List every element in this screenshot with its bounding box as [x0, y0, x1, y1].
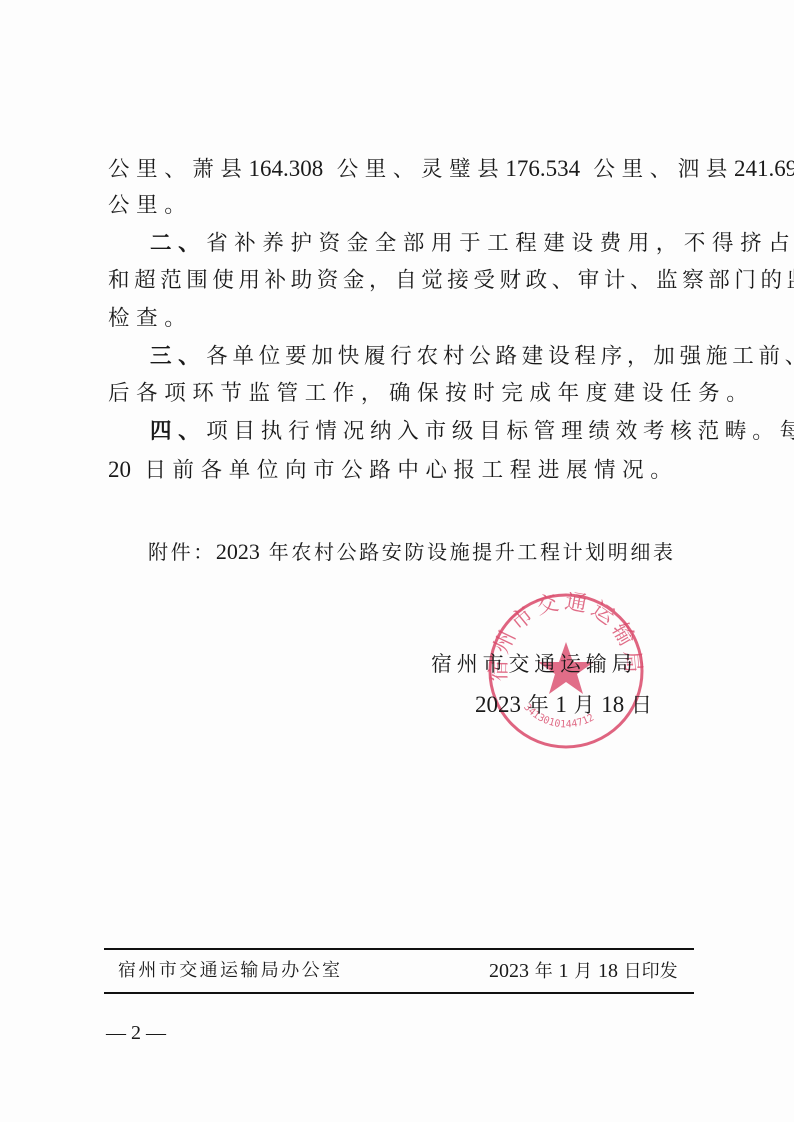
paragraph-heading: 二、 — [150, 231, 206, 256]
month-suffix: 月 — [574, 693, 595, 717]
issue-year: 2023 — [489, 960, 529, 982]
issue-year-suffix: 年 — [535, 961, 553, 982]
attachment-title: 年农村公路安防设施提升工程计划明细表 — [269, 540, 676, 564]
signature-date-day: 18 — [601, 692, 624, 717]
year-suffix: 年 — [528, 693, 549, 717]
text-segment: 公里。 — [108, 193, 192, 218]
day-suffix: 日 — [631, 693, 652, 717]
mileage-lingbi-county: 176.534 — [505, 156, 580, 181]
attachment-year: 2023 — [216, 539, 260, 564]
paragraph-text: 项目执行情况纳入市级目标管理绩效考核范畴。每月 — [206, 419, 794, 444]
paragraph-2-line-3: 检查。 — [108, 300, 698, 337]
issue-month-suffix: 月 — [574, 961, 592, 982]
issue-month: 1 — [558, 960, 568, 982]
signature-organization: 宿州市交通运输局 — [431, 646, 637, 683]
paragraph-4-line-2: 20 日前各单位向市公路中心报工程进展情况。 — [108, 451, 698, 488]
body-line-1: 公里、萧县164.308 公里、灵璧县176.534 公里、泗县241.694 — [108, 150, 698, 187]
paragraph-text: 和超范围使用补助资金，自觉接受财政、审计、监察部门的监督 — [108, 268, 794, 293]
day-number: 20 — [108, 457, 131, 482]
text-segment: 公里、灵璧县 — [337, 157, 506, 182]
footer-issue-date: 2023 年 1 月 18 日印发 — [489, 953, 678, 990]
paragraph-text: 各单位要加快履行农村公路建设程序，加强施工前、中、 — [206, 344, 794, 369]
attachment-label: 附件： — [148, 540, 216, 564]
signature-date-month: 1 — [555, 692, 567, 717]
signature-date-year: 2023 — [475, 692, 521, 717]
paragraph-text: 日前各单位向市公路中心报工程进展情况。 — [144, 458, 678, 483]
attachment-line: 附件：2023 年农村公路安防设施提升工程计划明细表 — [148, 533, 676, 571]
paragraph-3-line-2: 后各项环节监管工作，确保按时完成年度建设任务。 — [108, 375, 698, 412]
paragraph-text: 后各项环节监管工作，确保按时完成年度建设任务。 — [108, 381, 754, 406]
issue-day: 18 — [598, 960, 618, 982]
text-segment: 公里、萧县 — [108, 157, 249, 182]
mileage-xiao-county: 164.308 — [249, 156, 324, 181]
document-page: 公里、萧县164.308 公里、灵璧县176.534 公里、泗县241.694 … — [0, 0, 794, 1122]
body-line-2: 公里。 — [108, 187, 698, 224]
paragraph-2-line-2: 和超范围使用补助资金，自觉接受财政、审计、监察部门的监督 — [108, 262, 698, 299]
paragraph-text: 省补养护资金全部用于工程建设费用，不得挤占、挪用 — [206, 231, 794, 256]
text-segment: 公里、泗县 — [594, 157, 735, 182]
paragraph-4-line-1: 四、项目执行情况纳入市级目标管理绩效考核范畴。每月 — [150, 413, 740, 450]
paragraph-heading: 四、 — [150, 419, 206, 444]
issue-day-suffix: 日印发 — [624, 961, 678, 982]
signature-date: 2023 年 1 月 18 日 — [475, 686, 652, 724]
paragraph-heading: 三、 — [150, 344, 206, 369]
page-number: — 2 — — [106, 1018, 166, 1048]
footer-issuer: 宿州市交通运输局办公室 — [118, 953, 342, 989]
paragraph-text: 检查。 — [108, 306, 192, 331]
paragraph-2-line-1: 二、省补养护资金全部用于工程建设费用，不得挤占、挪用 — [150, 225, 740, 262]
paragraph-3-line-1: 三、各单位要加快履行农村公路建设程序，加强施工前、中、 — [150, 338, 740, 375]
mileage-si-county: 241.694 — [734, 156, 794, 181]
footer-top-rule — [104, 948, 694, 950]
footer-bottom-rule — [104, 992, 694, 994]
